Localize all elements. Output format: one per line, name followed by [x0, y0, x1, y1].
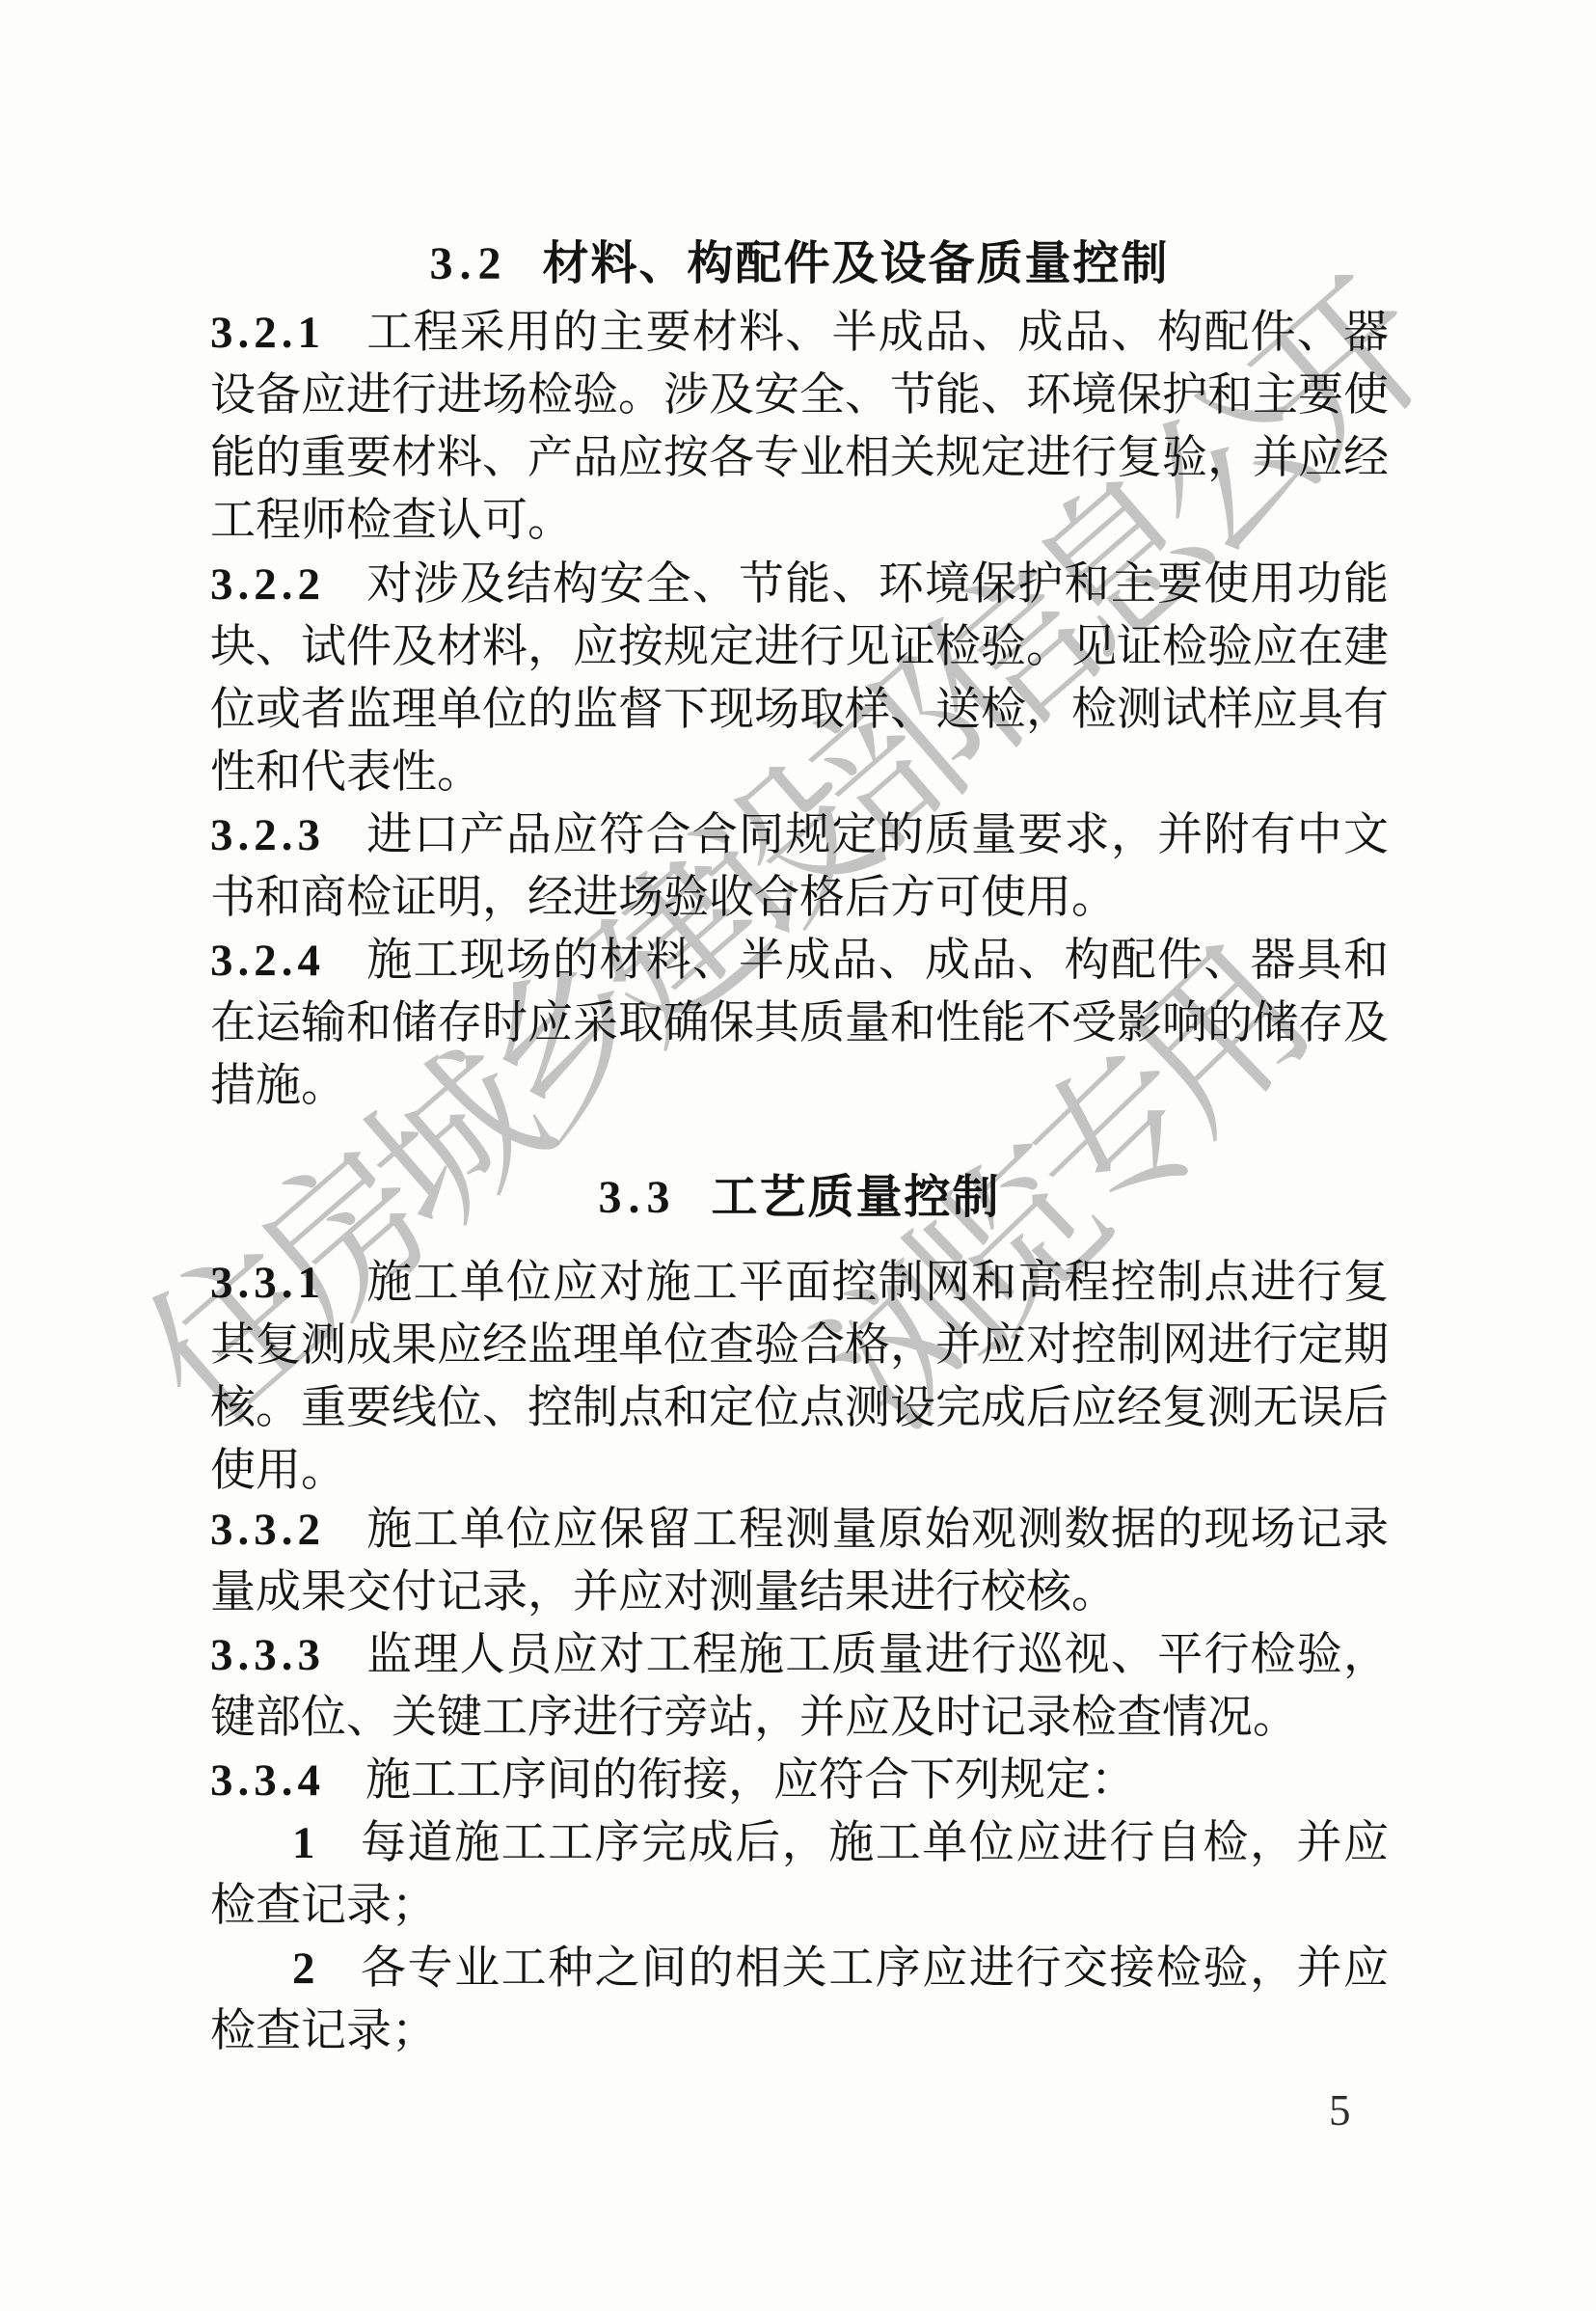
- clause-line: 设备应进行进场检验。涉及安全、节能、环境保护和主要使用功: [210, 365, 1389, 427]
- clause-number: 3.2.1: [210, 308, 325, 358]
- clause-number: 3.3.4: [210, 1755, 325, 1806]
- clause-line: 书和商检证明，经进场验收合格后方可使用。: [210, 867, 1389, 930]
- clause-line: 措施。: [210, 1055, 1389, 1118]
- clause-3-2-4: 3.2.4施工现场的材料、半成品、成品、构配件、器具和设备， 在运输和储存时应采…: [210, 930, 1389, 1118]
- item-number: 1: [292, 1818, 315, 1868]
- section-number: 3.3: [598, 1172, 676, 1223]
- clause-text: 施工单位应保留工程测量原始观测数据的现场记录及测: [210, 1505, 1389, 1562]
- clause-text: 进口产品应符合合同规定的质量要求，并附有中文说明: [210, 810, 1389, 867]
- item-line: 2各专业工种之间的相关工序应进行交接检验，并应保留: [210, 1938, 1389, 2000]
- clause-line: 在运输和储存时应采取确保其质量和性能不受影响的储存及防护: [210, 992, 1389, 1055]
- list-item-2: 2各专业工种之间的相关工序应进行交接检验，并应保留 检查记录；: [210, 1938, 1389, 2063]
- clause-line: 3.3.4施工工序间的衔接，应符合下列规定：: [210, 1750, 1389, 1812]
- clause-number: 3.3.3: [210, 1630, 325, 1680]
- clause-line: 3.2.3进口产品应符合合同规定的质量要求，并附有中文说明: [210, 804, 1389, 867]
- clause-line: 工程师检查认可。: [210, 490, 1389, 553]
- clause-line: 3.2.2对涉及结构安全、节能、环境保护和主要使用功能的试: [210, 554, 1389, 616]
- item-line: 检查记录；: [210, 1875, 1389, 1938]
- section-title: 工艺质量控制: [711, 1172, 1000, 1223]
- item-text: 各专业工种之间的相关工序应进行交接检验，并应保留: [292, 1944, 1389, 2000]
- clause-line: 3.3.2施工单位应保留工程测量原始观测数据的现场记录及测: [210, 1499, 1389, 1562]
- clause-line: 其复测成果应经监理单位查验合格，并应对控制网进行定期校: [210, 1315, 1389, 1377]
- clause-text: 对涉及结构安全、节能、环境保护和主要使用功能的试: [210, 559, 1389, 616]
- item-text: 每道施工工序完成后，施工单位应进行自检，并应保留: [292, 1818, 1389, 1875]
- clause-line: 能的重要材料、产品应按各专业相关规定进行复验，并应经监理: [210, 427, 1389, 490]
- list-item-1: 1每道施工工序完成后，施工单位应进行自检，并应保留 检查记录；: [210, 1812, 1389, 1938]
- text-layer: 3.2材料、构配件及设备质量控制 3.2.1工程采用的主要材料、半成品、成品、构…: [0, 0, 1596, 2311]
- clause-3-2-2: 3.2.2对涉及结构安全、节能、环境保护和主要使用功能的试 块、试件及材料，应按…: [210, 554, 1389, 804]
- section-number: 3.2: [429, 238, 507, 289]
- clause-line: 位或者监理单位的监督下现场取样、送检，检测试样应具有真实: [210, 679, 1389, 742]
- item-line: 1每道施工工序完成后，施工单位应进行自检，并应保留: [210, 1812, 1389, 1875]
- clause-3-3-4: 3.3.4施工工序间的衔接，应符合下列规定：: [210, 1750, 1389, 1812]
- clause-3-2-3: 3.2.3进口产品应符合合同规定的质量要求，并附有中文说明 书和商检证明，经进场…: [210, 804, 1389, 930]
- document-page: 住房城乡建设部信息公开浏览专用 3.2材料、构配件及设备质量控制 3.2.1工程…: [0, 0, 1596, 2311]
- clause-line: 键部位、关键工序进行旁站，并应及时记录检查情况。: [210, 1687, 1389, 1750]
- clause-text: 施工单位应对施工平面控制网和高程控制点进行复测，: [210, 1258, 1389, 1315]
- clause-number: 3.2.3: [210, 810, 325, 860]
- clause-text: 施工工序间的衔接，应符合下列规定：: [365, 1755, 1136, 1806]
- clause-line: 使用。: [210, 1440, 1389, 1503]
- clause-number: 3.2.2: [210, 559, 325, 610]
- clause-text: 监理人员应对工程施工质量进行巡视、平行检验，对关: [210, 1630, 1389, 1687]
- clause-line: 3.2.4施工现场的材料、半成品、成品、构配件、器具和设备，: [210, 930, 1389, 992]
- clause-3-3-2: 3.3.2施工单位应保留工程测量原始观测数据的现场记录及测 量成果交付记录，并应…: [210, 1499, 1389, 1624]
- page-number: 5: [1329, 2085, 1351, 2135]
- clause-line: 3.2.1工程采用的主要材料、半成品、成品、构配件、器具和: [210, 302, 1389, 365]
- section-heading-3-3: 3.3工艺质量控制: [210, 1166, 1389, 1229]
- clause-line: 3.3.3监理人员应对工程施工质量进行巡视、平行检验，对关: [210, 1624, 1389, 1687]
- clause-3-3-1: 3.3.1施工单位应对施工平面控制网和高程控制点进行复测， 其复测成果应经监理单…: [210, 1252, 1389, 1503]
- item-line: 检查记录；: [210, 2000, 1389, 2063]
- clause-line: 核。重要线位、控制点和定位点测设完成后应经复测无误后方可: [210, 1377, 1389, 1440]
- clause-line: 块、试件及材料，应按规定进行见证检验。见证检验应在建设单: [210, 616, 1389, 679]
- clause-line: 3.3.1施工单位应对施工平面控制网和高程控制点进行复测，: [210, 1252, 1389, 1315]
- clause-line: 量成果交付记录，并应对测量结果进行校核。: [210, 1562, 1389, 1624]
- clause-number: 3.3.1: [210, 1258, 325, 1308]
- clause-line: 性和代表性。: [210, 742, 1389, 804]
- clause-number: 3.2.4: [210, 936, 325, 986]
- clause-text: 工程采用的主要材料、半成品、成品、构配件、器具和: [210, 308, 1389, 365]
- clause-text: 施工现场的材料、半成品、成品、构配件、器具和设备，: [210, 936, 1389, 992]
- clause-number: 3.3.2: [210, 1505, 325, 1555]
- item-number: 2: [292, 1944, 315, 1994]
- clause-3-3-3: 3.3.3监理人员应对工程施工质量进行巡视、平行检验，对关 键部位、关键工序进行…: [210, 1624, 1389, 1750]
- clause-3-2-1: 3.2.1工程采用的主要材料、半成品、成品、构配件、器具和 设备应进行进场检验。…: [210, 302, 1389, 553]
- section-title: 材料、构配件及设备质量控制: [542, 238, 1169, 289]
- section-heading-3-2: 3.2材料、构配件及设备质量控制: [210, 232, 1389, 295]
